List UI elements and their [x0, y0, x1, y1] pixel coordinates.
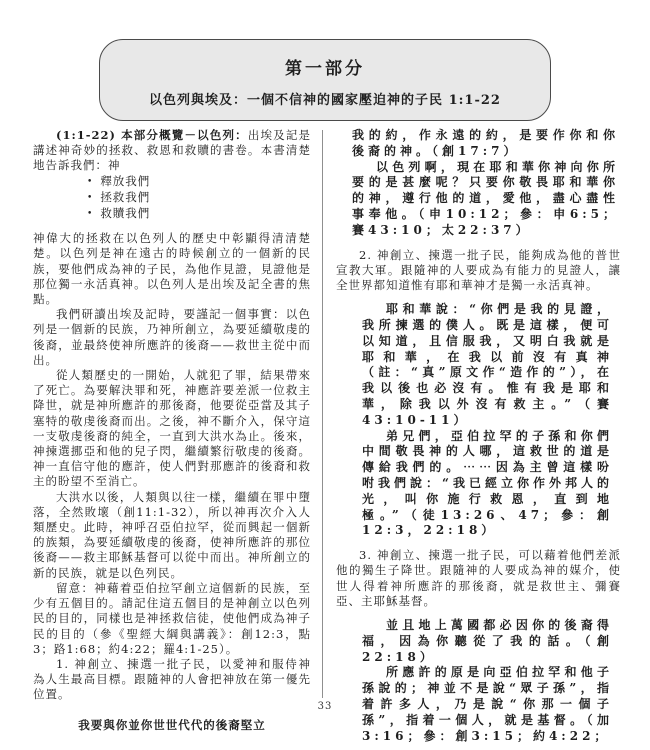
body-paragraph: 我們研讀出埃及記時，要謹記一個事實：以色列是一個新的民族，乃神所創立，為要延續敬…: [33, 307, 311, 368]
body-paragraph: 從人類歷史的一開始，人就犯了罪，結果帶來了死亡。為要解決罪和死，神應許要差派一位…: [33, 368, 311, 490]
book-page: 第一部分 以色列與埃及：一個不信神的國家壓迫神的子民 1:1-22 (1:1-2…: [0, 0, 650, 750]
bullet-item: •釋放我們: [87, 174, 311, 190]
overview-lead-bold: (1:1-22) 本部分概覽－以色列：: [56, 128, 248, 142]
bullet-icon: •: [87, 175, 93, 190]
bullet-label: 釋放我們: [100, 174, 150, 188]
body-paragraph: 留意：神藉着亞伯拉罕創立這個新的民族，至少有五個目的。請記住這五個目的是神創立以…: [33, 581, 311, 657]
bullet-icon: •: [87, 207, 93, 222]
scripture-quote: 我的約，作永遠的約，是要作你和你後裔的神。（創17:7）: [352, 128, 619, 160]
bullet-item: •救贖我們: [87, 206, 311, 222]
bullet-icon: •: [87, 191, 93, 206]
scripture-quote: 耶和華說：“你們是我的見證，我所揀選的僕人。既是這樣，便可以知道，且信服我，又明…: [362, 302, 613, 428]
section-title: 第一部分: [100, 54, 550, 79]
bullet-list: •釋放我們 •拯救我們 •救贖我們: [33, 174, 311, 223]
scripture-quote: 以色列啊，現在耶和華你神向你所要的是甚麼呢？只要你敬畏耶和華你的神，遵行他的道，…: [352, 160, 619, 239]
column-divider: [322, 130, 323, 698]
page-number: 33: [0, 701, 650, 712]
numbered-point-1: 1. 神創立、揀選一批子民，以愛神和服侍神為人生最高目標。跟隨神的人會把神放在第…: [33, 657, 311, 703]
overview-paragraph: (1:1-22) 本部分概覽－以色列：出埃及記是講述神奇妙的拯救、救恩和救贖的書…: [33, 128, 311, 174]
numbered-point-3: 3. 神創立、揀選一批子民，可以藉着他們差派他的獨生子降世。跟隨神的人要成為神的…: [336, 548, 621, 609]
section-header-box: 第一部分 以色列與埃及：一個不信神的國家壓迫神的子民 1:1-22: [99, 39, 551, 121]
body-paragraph: 大洪水以後，人類與以往一樣，繼續在罪中墮落，全然敗壞（創11:1-32），所以神…: [33, 490, 311, 581]
scripture-quote: 並且地上萬國都必因你的後裔得福，因為你聽從了我的話。（創22:18）: [362, 618, 613, 665]
numbered-point-2: 2. 神創立、揀選一批子民，能夠成為他的普世宣教大軍。跟隨神的人要成為有能力的見…: [336, 248, 621, 294]
bullet-item: •拯救我們: [87, 190, 311, 206]
centered-verse: 我要與你並你世世代代的後裔堅立: [33, 717, 311, 733]
bullet-label: 救贖我們: [100, 206, 150, 220]
bullet-label: 拯救我們: [100, 190, 150, 204]
right-column: 我的約，作永遠的約，是要作你和你後裔的神。（創17:7） 以色列啊，現在耶和華你…: [336, 128, 621, 744]
left-column: (1:1-22) 本部分概覽－以色列：出埃及記是講述神奇妙的拯救、救恩和救贖的書…: [33, 128, 311, 733]
body-paragraph: 神偉大的拯救在以色列人的歷史中彰顯得清清楚楚。以色列是神在遠古的時候創立的一個新…: [33, 231, 311, 307]
section-subtitle: 以色列與埃及：一個不信神的國家壓迫神的子民 1:1-22: [100, 89, 550, 108]
scripture-quote: 弟兄們，亞伯拉罕的子孫和你們中間敬畏神的人哪，這救世的道是傳給我們的。⋯⋯因為主…: [362, 429, 613, 540]
